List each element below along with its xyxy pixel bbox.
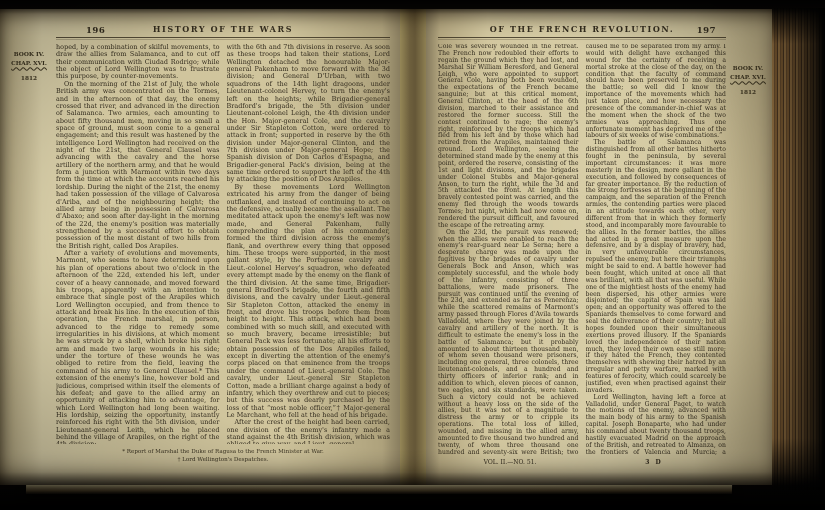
paragraph: hoped, by a combination of skilful movem… [56, 44, 220, 81]
left-page: 196 BOOK IV. CHAP. XVI. 1812 HISTORY OF … [0, 9, 400, 485]
right-page-column-1: Cole was severely wounded in the retreat… [438, 44, 579, 456]
paragraph: After a variety of evolutions and moveme… [56, 250, 220, 444]
margin-note-year: 1812 [726, 89, 770, 98]
running-head-right: OF THE FRENCH REVOLUTION. [438, 24, 726, 36]
margin-note-book: BOOK IV. [6, 51, 52, 60]
paragraph: By these movements Lord Wellington extri… [227, 184, 391, 420]
margin-note-chapter: CHAP. XVI. [6, 60, 52, 69]
bottom-page-edges [26, 485, 732, 494]
footnote: † Lord Wellington's Despatches. [56, 456, 390, 464]
book-gutter [400, 9, 426, 485]
margin-note-chapter: CHAP. XVI. [726, 74, 770, 83]
right-page-footer: VOL. II.—NO. 51. 3 D [438, 459, 726, 466]
left-page-column-1: hoped, by a combination of skilful movem… [56, 44, 220, 444]
paragraph: On the morning of the 21st of July, the … [56, 81, 220, 250]
paragraph: On the 23d, the pursuit was renewed; whe… [438, 230, 579, 456]
paragraph: Cole was severely wounded in the retreat… [438, 44, 579, 230]
header-rule [438, 37, 726, 40]
running-head-left: HISTORY OF THE WARS [56, 24, 390, 36]
volume-number: VOL. II.—NO. 51. [438, 459, 582, 466]
paragraph: The battle of Salamanca was distinguishe… [586, 140, 727, 394]
header-rule [56, 37, 390, 40]
left-page-column-2: with the 6th and 7th divisions in reserv… [227, 44, 391, 444]
signature-mark: 3 D [582, 459, 726, 466]
right-margin-notes: BOOK IV. CHAP. XVI. 1812 [726, 65, 770, 98]
right-page-column-2: caused me to be separated from my army. … [586, 44, 727, 456]
page-edges [772, 8, 825, 490]
paragraph: Lord Wellington, having left a force at … [586, 395, 727, 456]
left-page-columns: hoped, by a combination of skilful movem… [56, 44, 390, 444]
left-margin-notes: BOOK IV. CHAP. XVI. 1812 [6, 51, 52, 84]
right-page-textblock: OF THE FRENCH REVOLUTION. Cole was sever… [438, 24, 726, 466]
paragraph: After the crest of the height had been c… [227, 419, 391, 444]
margin-note-year: 1812 [6, 75, 52, 84]
footnotes: * Report of Marshal the Duke of Ragusa t… [56, 448, 390, 465]
book-photograph: 196 BOOK IV. CHAP. XVI. 1812 HISTORY OF … [0, 0, 825, 510]
footnote: * Report of Marshal the Duke of Ragusa t… [56, 448, 390, 456]
paragraph: caused me to be separated from my army. … [586, 44, 727, 140]
right-page-columns: Cole was severely wounded in the retreat… [438, 44, 726, 456]
left-page-textblock: HISTORY OF THE WARS hoped, by a combinat… [56, 24, 390, 465]
open-book: 196 BOOK IV. CHAP. XVI. 1812 HISTORY OF … [0, 9, 772, 485]
right-page: 197 BOOK IV. CHAP. XVI. 1812 OF THE FREN… [426, 9, 772, 485]
margin-note-book: BOOK IV. [726, 65, 770, 74]
paragraph: with the 6th and 7th divisions in reserv… [227, 44, 391, 184]
